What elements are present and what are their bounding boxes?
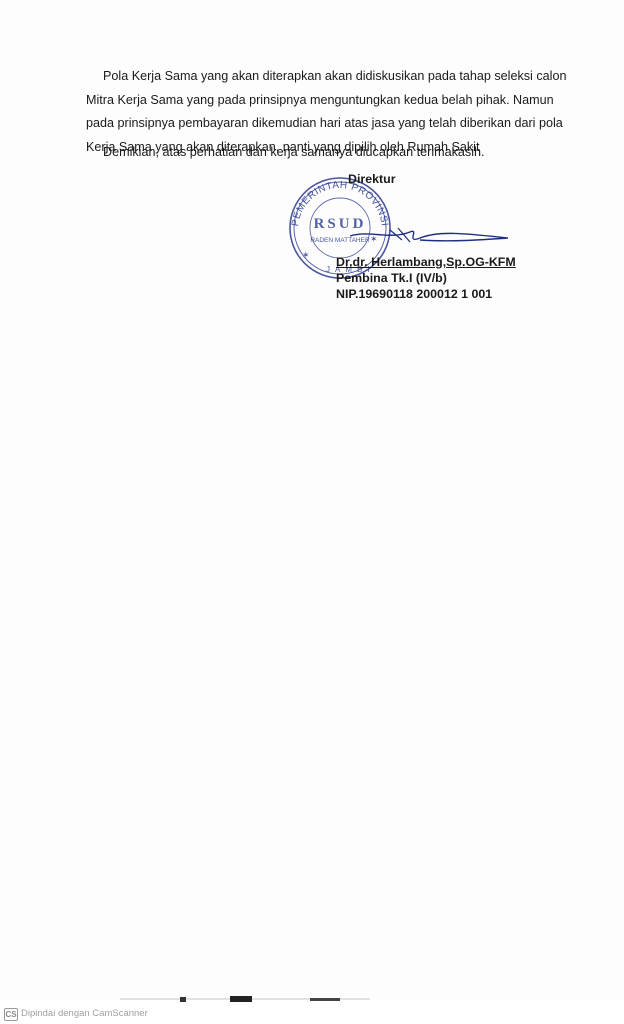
scan-edge-artifact-icon — [120, 995, 380, 1003]
signatory-role: Direktur — [348, 172, 396, 186]
scanner-watermark-text: Dipindai dengan CamScanner — [21, 1008, 148, 1019]
scanned-page: Pola Kerja Sama yang akan diterapkan aka… — [0, 0, 624, 1000]
signatory-name: Dr.dr. Herlambang,Sp.OG-KFM — [336, 255, 516, 269]
signatory-rank: Pembina Tk.I (IV/b) — [336, 271, 447, 285]
paragraph-line: pada prinsipnya pembayaran dikemudian ha… — [86, 112, 532, 136]
paragraph-line: Mitra Kerja Sama yang pada prinsipnya me… — [86, 89, 532, 113]
svg-text:✶: ✶ — [302, 250, 310, 260]
signatory-nip: NIP.19690118 200012 1 001 — [336, 287, 492, 301]
paragraph-line: Pola Kerja Sama yang akan diterapkan aka… — [86, 65, 532, 89]
closing-sentence: Demikian, atas perhatian dan kerja saman… — [103, 145, 485, 159]
handwritten-signature-icon — [350, 220, 510, 250]
scanner-footer: CS Dipindai dengan CamScanner — [0, 1003, 624, 1024]
camscanner-logo-icon: CS — [4, 1008, 18, 1021]
